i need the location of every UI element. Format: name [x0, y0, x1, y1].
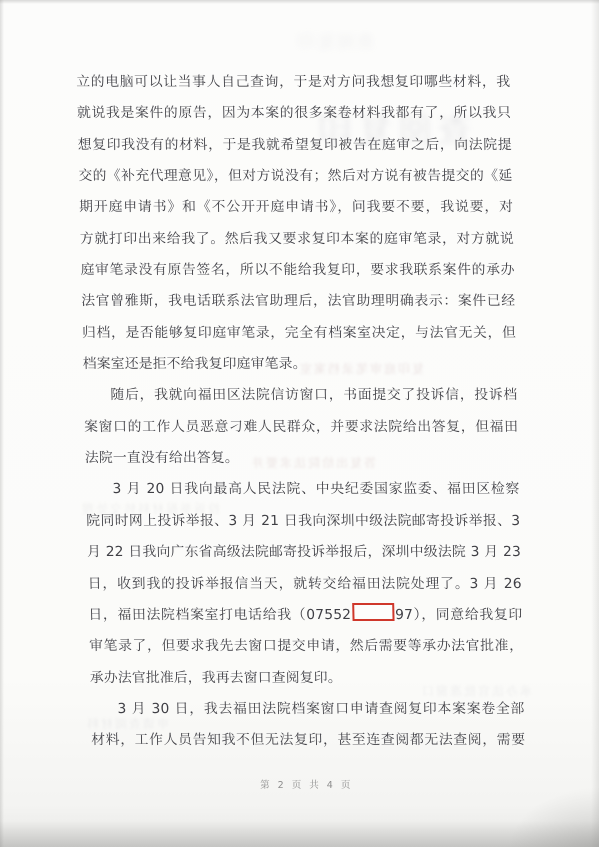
text-line: 审笔录了，但要求我先去窗口提交申请，然后需要等承办法官批准，: [89, 631, 524, 662]
scanned-document-page: 查阅复印 查阅复印 复印庭审笔录档案室 答复出给院法求要并 投诉举报材料转交处理…: [0, 0, 599, 847]
text-line: 法官曾雅斯，我电话联系法官助理后，法官助理明确表示：案件已经: [81, 286, 516, 317]
text-line: 交的《补充代理意见》，但对方说没有；然后对方说有被告提交的《延: [78, 161, 513, 192]
redacted-line-before: 日，福田法院档案室打电话给我（07552: [88, 607, 351, 623]
text-line-paragraph-end: 承办法官批准后，我再去窗口查阅复印。: [90, 663, 525, 694]
text-line: 院同时网上投诉举报、3 月 21 日我向深圳中级法院邮寄投诉举报、3: [86, 506, 521, 537]
scan-corner-shadow: [509, 787, 599, 847]
text-line: 想复印我没有的材料，于是我就希望复印被告在庭审之后，向法院提: [77, 130, 512, 161]
scan-edge-left: [0, 0, 4, 847]
text-line-paragraph-end: 法院一直没有给出答复。: [85, 443, 520, 474]
phone-number-redaction-box: [352, 603, 394, 621]
text-line-with-redaction: 日，福田法院档案室打电话给我（0755297），同意给我复印庭: [88, 600, 523, 631]
document-body-text: 立的电脑可以让当事人自己查询，于是对方问我想复印哪些材料，我 就说我是案件的原告…: [76, 67, 526, 757]
page-number-footer: 第 2 页 共 4 页: [7, 777, 599, 791]
text-line-paragraph-end: 档案室还是拒不给我复印庭审笔录。: [82, 349, 517, 380]
text-line: 月 22 日我向广东省高级法院邮寄投诉举报后，深圳中级法院 3 月 23: [87, 537, 522, 568]
scan-edge-top: [0, 0, 599, 4]
text-line-paragraph-start: 3 月 30 日，我去福田法院档案窗口申请查阅复印本案案卷全部: [90, 694, 525, 725]
text-line: 立的电脑可以让当事人自己查询，于是对方问我想复印哪些材料，我: [76, 67, 511, 98]
text-line: 日，收到我的投诉举报信当天，就转交给福田法院处理了。3 月 26: [87, 569, 522, 600]
text-line: 就说我是案件的原告，因为本案的很多案卷材料我都有了，所以我只: [77, 98, 512, 129]
text-line-paragraph-start: 随后，我就向福田区法院信访窗口，书面提交了投诉信，投诉档: [83, 380, 518, 411]
text-line: 期开庭申请书》和《不公开开庭申请书》，问我要不要，我说要，对: [79, 192, 514, 223]
scan-edge-right: [591, 0, 599, 847]
text-line: 材料，工作人员告知我不但无法复印，甚至连查阅都无法查阅，需要: [91, 725, 526, 756]
text-line: 归档，是否能够复印庭审笔录，完全有档案室决定，与法官无关，但: [82, 318, 517, 349]
text-line: 方就打印出来给我了。然后我又要求复印本案的庭审笔录，对方就说: [80, 224, 515, 255]
text-line: 庭审笔录没有原告签名，所以不能给我复印，要求我联系案件的承办: [80, 255, 515, 286]
text-line-paragraph-start: 3 月 20 日我向最高人民法院、中央纪委国家监委、福田区检察: [85, 474, 520, 505]
text-line: 案窗口的工作人员恶意刁难人民群众，并要求法院给出答复，但福田: [84, 412, 519, 443]
bleed-through-artifact: 查阅复印: [295, 28, 375, 54]
